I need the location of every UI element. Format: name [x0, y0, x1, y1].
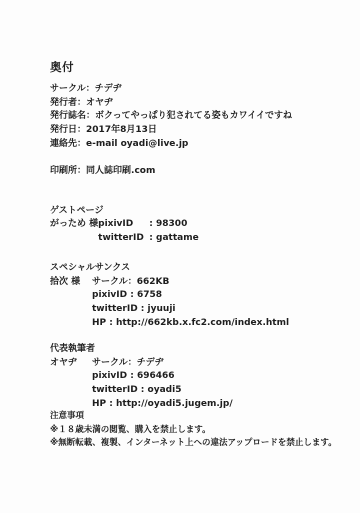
notices-heading: 注意事項 — [50, 410, 350, 424]
author-heading: 代表執筆者 — [50, 343, 350, 357]
row-separator: : — [146, 233, 156, 243]
row-value: オヤヂ — [86, 98, 113, 108]
guest-entry: がっため 様 pixivID : 98300 twitterID : gatta… — [50, 218, 350, 245]
row-label: 発行者 — [50, 98, 77, 108]
guest-pixiv-row: pixivID : 98300 — [98, 218, 350, 232]
guest-details: pixivID : 98300 twitterID : gattame — [98, 218, 350, 245]
row-value: 696466 — [137, 371, 175, 381]
guest-name: がっため 様 — [50, 218, 98, 245]
row-separator: ： — [77, 125, 86, 135]
thanks-hp-row: HP : http://662kb.x.fc2.com/index.html — [92, 317, 350, 331]
special-thanks-details: サークル：662KB pixivID : 6758 twitterID : jy… — [92, 276, 350, 331]
contact-row: 連絡先：e-mail oyadi@live.jp — [50, 138, 350, 152]
row-label: サークル — [92, 358, 128, 368]
row-separator: : — [146, 219, 156, 229]
website-url: http://oyadi5.jugem.jp/ — [116, 399, 233, 409]
row-label: サークル — [92, 277, 128, 287]
row-label: pixivID — [92, 290, 127, 300]
row-separator: : — [106, 318, 116, 328]
thanks-twitter-row: twitterID : jyuuji — [92, 303, 350, 317]
row-value: oyadi5 — [148, 385, 182, 395]
row-label: 連絡先 — [50, 139, 77, 149]
row-label: 発行日 — [50, 125, 77, 135]
row-separator: : — [138, 385, 148, 395]
guest-page-section: ゲストページ がっため 様 pixivID : 98300 twitterID … — [50, 205, 350, 246]
row-separator: : — [138, 304, 148, 314]
guest-heading: ゲストページ — [50, 205, 350, 219]
row-label: twitterID — [92, 385, 138, 395]
printer-row: 印刷所：同人誌印刷.com — [50, 165, 350, 179]
row-separator: ： — [77, 166, 86, 176]
author-pixiv-row: pixivID : 696466 — [92, 370, 350, 384]
row-label: HP — [92, 399, 106, 409]
notice-age-restriction: ※１８歳未満の閲覧、購入を禁止します。 — [50, 424, 350, 438]
colophon-content: 奥付 サークル：チデヂ 発行者：オヤヂ 発行誌名：ボクってやっぱり犯されてる姿も… — [50, 60, 350, 451]
row-separator: : — [127, 371, 137, 381]
row-label: pixivID — [92, 371, 127, 381]
row-label: 印刷所 — [50, 166, 77, 176]
row-value: ボクってやっぱり犯されてる姿もカワイイですね — [95, 111, 292, 121]
row-separator: ： — [86, 84, 95, 94]
row-label: twitterID — [98, 232, 146, 246]
publish-date-row: 発行日：2017年8月13日 — [50, 124, 350, 138]
book-title-row: 発行誌名：ボクってやっぱり犯されてる姿もカワイイですね — [50, 110, 350, 124]
row-separator: ： — [86, 111, 95, 121]
row-value: 6758 — [137, 290, 162, 300]
row-value: gattame — [156, 233, 199, 243]
notice-no-reproduction: ※無断転載、複製、インターネット上への違法アップロードを禁止します。 — [50, 437, 350, 451]
row-separator: : — [127, 290, 137, 300]
publisher-row: 発行者：オヤヂ — [50, 97, 350, 111]
row-separator: : — [106, 399, 116, 409]
row-value: jyuuji — [148, 304, 176, 314]
row-label: 発行誌名 — [50, 111, 86, 121]
special-thanks-section: スペシャルサンクス 拾次 様 サークル：662KB pixivID : 6758… — [50, 262, 350, 331]
row-value: チデヂ — [137, 358, 164, 368]
row-separator: ： — [77, 98, 86, 108]
contact-email: e-mail oyadi@live.jp — [86, 139, 188, 149]
author-name: オヤヂ — [50, 357, 92, 412]
row-value: 98300 — [156, 219, 187, 229]
special-thanks-entry: 拾次 様 サークル：662KB pixivID : 6758 twitterID… — [50, 276, 350, 331]
guest-twitter-row: twitterID : gattame — [98, 232, 350, 246]
special-thanks-heading: スペシャルサンクス — [50, 262, 350, 276]
author-twitter-row: twitterID : oyadi5 — [92, 384, 350, 398]
row-value: 2017年8月13日 — [86, 125, 157, 135]
author-details: サークル：チデヂ pixivID : 696466 twitterID : oy… — [92, 357, 350, 412]
author-section: 代表執筆者 オヤヂ サークル：チデヂ pixivID : 696466 twit… — [50, 343, 350, 412]
row-value: 同人誌印刷.com — [86, 166, 155, 176]
notices-section: 注意事項 ※１８歳未満の閲覧、購入を禁止します。 ※無断転載、複製、インターネッ… — [50, 410, 350, 451]
thanks-circle-row: サークル：662KB — [92, 276, 350, 290]
website-url: http://662kb.x.fc2.com/index.html — [116, 318, 289, 328]
row-label: HP — [92, 318, 106, 328]
author-circle-row: サークル：チデヂ — [92, 357, 350, 371]
row-separator: ： — [77, 139, 86, 149]
row-value: チデヂ — [95, 84, 122, 94]
author-entry: オヤヂ サークル：チデヂ pixivID : 696466 twitterID … — [50, 357, 350, 412]
colophon-page: 奥付 サークル：チデヂ 発行者：オヤヂ 発行誌名：ボクってやっぱり犯されてる姿も… — [0, 0, 360, 513]
row-value: 662KB — [137, 277, 170, 287]
special-thanks-name: 拾次 様 — [50, 276, 92, 331]
row-label: サークル — [50, 84, 86, 94]
row-separator: ： — [128, 277, 137, 287]
publication-info: サークル：チデヂ 発行者：オヤヂ 発行誌名：ボクってやっぱり犯されてる姿もカワイ… — [50, 83, 350, 152]
author-hp-row: HP : http://oyadi5.jugem.jp/ — [92, 398, 350, 412]
row-label: pixivID — [98, 218, 146, 232]
row-label: twitterID — [92, 304, 138, 314]
thanks-pixiv-row: pixivID : 6758 — [92, 289, 350, 303]
circle-row: サークル：チデヂ — [50, 83, 350, 97]
row-separator: ： — [128, 358, 137, 368]
page-title: 奥付 — [50, 60, 350, 74]
